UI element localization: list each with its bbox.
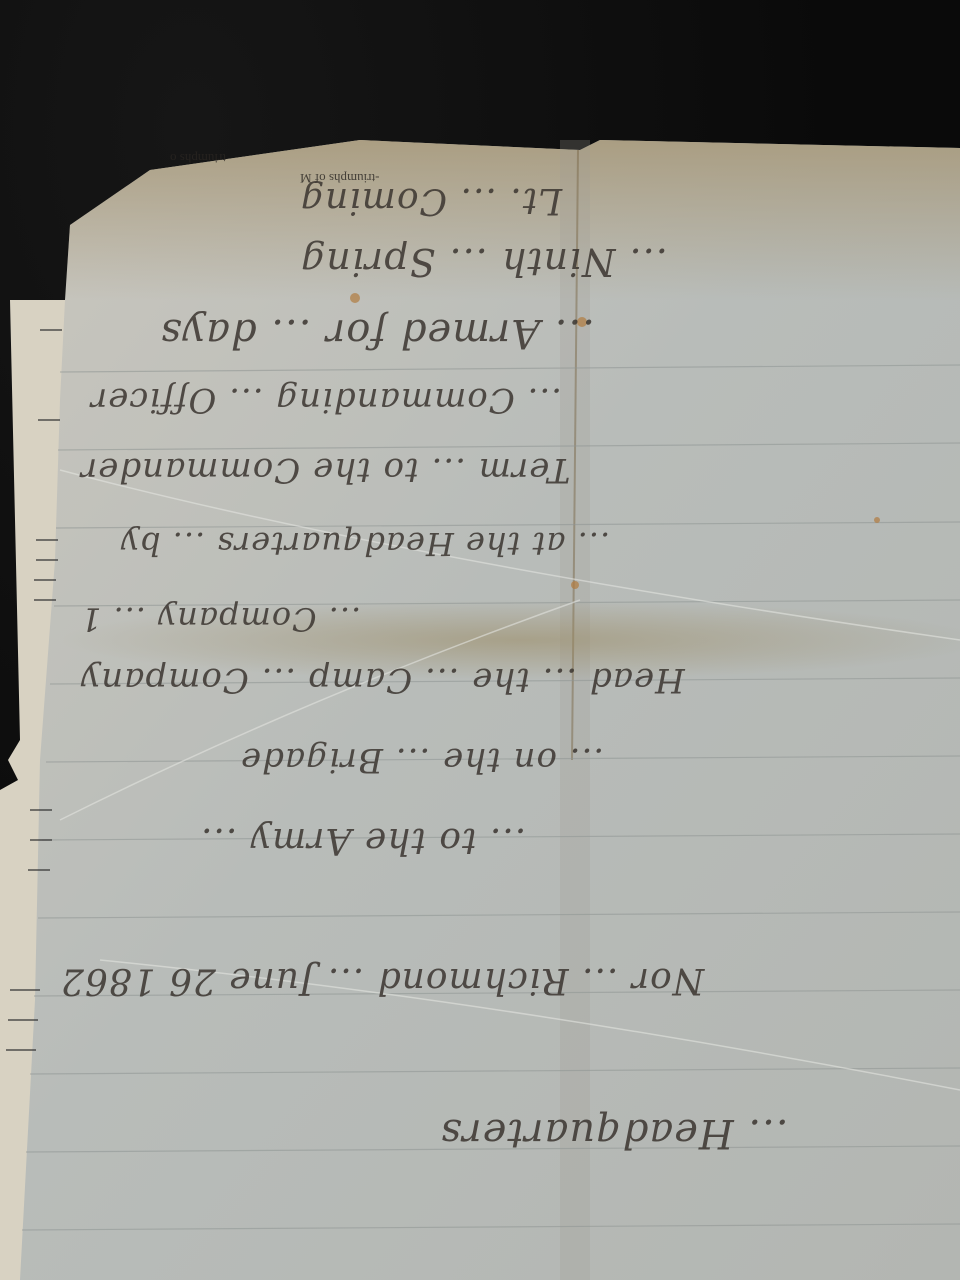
- handwriting-line: ... at the Headquarters ... by: [120, 525, 610, 563]
- handwriting-line: ... to the Army ...: [200, 820, 526, 861]
- date-line: Nor ... Richmond ... June 26 1862: [60, 960, 704, 1001]
- newsprint-fragment: triumphs o: [170, 150, 226, 166]
- handwriting-line: Lt. ... Coming: [300, 180, 562, 221]
- handwriting-line: ... Headquarters: [440, 1110, 789, 1156]
- handwriting-line: ... Armed for ... days: [160, 310, 595, 356]
- handwriting-line: Term ... to the Commander: [80, 450, 570, 490]
- handwriting-line: ... on the ... Brigade: [240, 740, 604, 780]
- handwriting-line: ... Commanding ... Officer: [90, 380, 562, 420]
- handwriting-line: ... Ninth ... Spring: [300, 240, 668, 284]
- handwriting-line: Head ... the ... Camp ... Company: [80, 660, 685, 700]
- handwriting-line: ... Company ... 1: [80, 600, 361, 638]
